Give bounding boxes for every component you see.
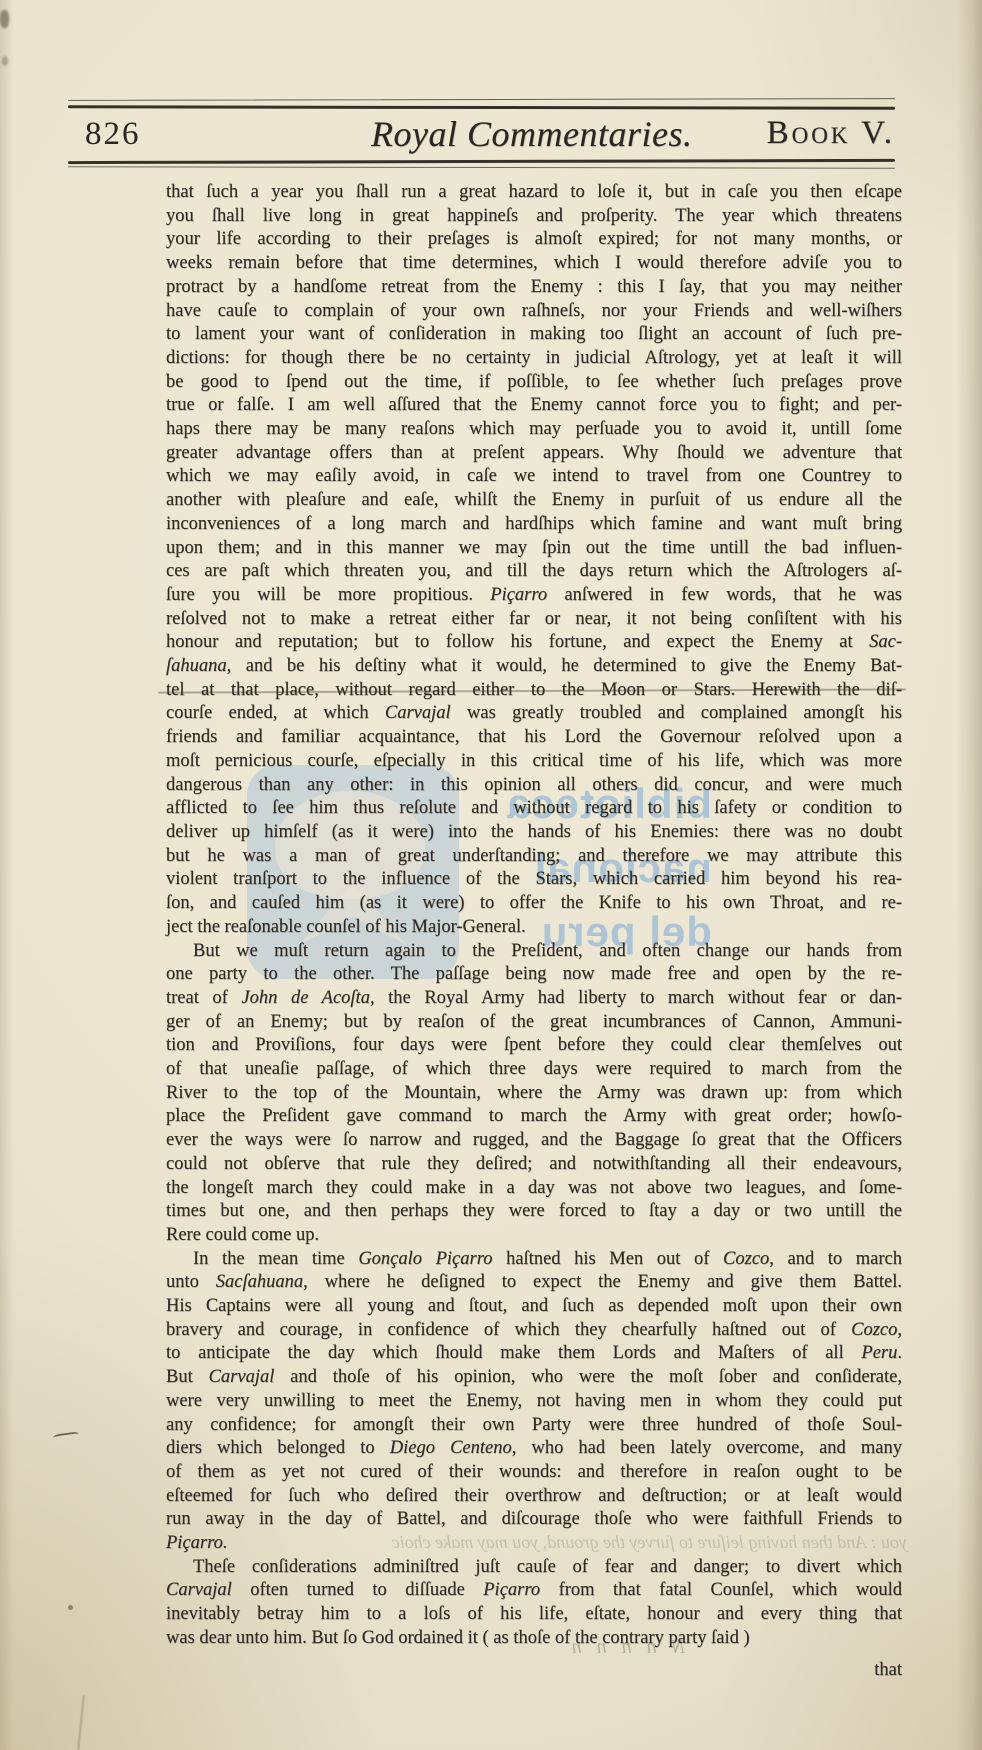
text-line: but he was a man of great underſtanding;… [166, 845, 902, 869]
roman-text: of that uneaſie paſſage, of which three … [166, 1059, 902, 1079]
text-line: could not obſerve that rule they deſired… [166, 1153, 902, 1177]
text-line: of them as yet not cured of their wounds… [166, 1461, 902, 1485]
italic-text: Piçarro [483, 1580, 540, 1600]
header-rule-bottom-thick [68, 159, 895, 164]
roman-text: true or falſe. I am well aſſured that th… [166, 395, 902, 415]
roman-text: ger of an Enemy; but by reaſon of the gr… [166, 1012, 902, 1032]
roman-text: unto [166, 1272, 216, 1292]
italic-text: Carvajal [385, 703, 451, 723]
roman-text: , who had been lately overcome, and many [512, 1438, 902, 1458]
roman-text: often turned to diſſuade [232, 1580, 483, 1600]
text-line: inevitably betray him to a loſs of his l… [166, 1603, 902, 1627]
roman-text: protract by a handſome retreat from the … [166, 277, 902, 297]
roman-text: which we may eaſily avoid, in caſe we in… [166, 466, 902, 486]
text-line: ſure you will be more propitious. Piçarr… [166, 584, 902, 608]
text-line: dictions: for though there be no certain… [166, 347, 902, 371]
roman-text: was dear unto him. But ſo God ordained i… [166, 1628, 750, 1648]
text-line: courſe ended, at which Carvajal was grea… [166, 702, 902, 726]
roman-text: Rere could come up. [166, 1225, 319, 1245]
roman-text: violent tranſport to the influence of th… [166, 869, 902, 889]
roman-text: ces are paſt which threaten you, and til… [166, 561, 902, 581]
text-line: any confidence; for amongſt their own Pa… [166, 1414, 902, 1438]
roman-text: could not obſerve that rule they deſired… [166, 1154, 902, 1174]
roman-text: the longeſt march they could make in a d… [166, 1178, 902, 1198]
roman-text: one party to the other. The paſſage bein… [166, 964, 902, 984]
roman-text: but he was a man of great underſtanding;… [166, 846, 902, 866]
roman-text: But [166, 1367, 209, 1387]
page-number: 826 [85, 116, 141, 153]
italic-text: Piçarro [490, 585, 547, 605]
roman-text: diers which belonged to [166, 1438, 390, 1458]
scan-speck [53, 1431, 80, 1441]
roman-text: inevitably betray him to a loſs of his l… [166, 1604, 902, 1624]
text-line: upon them; and in this manner we may ſpi… [166, 537, 902, 561]
text-line: one party to the other. The paſſage bein… [166, 963, 902, 987]
text-line: But Carvajal and thoſe of his opinion, w… [166, 1366, 902, 1390]
roman-text: , and be his deſtiny what it would, he d… [227, 656, 902, 676]
italic-text: Piçarro. [166, 1533, 228, 1553]
roman-text: ſure you will be more propitious. [166, 585, 490, 605]
text-line: weeks remain before that time determines… [166, 252, 902, 276]
roman-text: dictions: for though there be no certain… [166, 348, 902, 368]
text-line: Theſe conſiderations adminiſtred juſt ca… [166, 1556, 902, 1580]
text-line: ever the ways were ſo narrow and rugged,… [166, 1129, 902, 1153]
scan-speck [2, 56, 8, 66]
roman-text: friends and familiar acquaintance, that … [166, 727, 902, 747]
text-line: true or falſe. I am well aſſured that th… [166, 394, 902, 418]
text-line: times but one, and then perhaps they wer… [166, 1200, 902, 1224]
text-line: which we may eaſily avoid, in caſe we in… [166, 465, 902, 489]
italic-text: Sacſahuana [216, 1272, 303, 1292]
text-line: Rere could come up. [166, 1224, 902, 1248]
roman-text: times but one, and then perhaps they wer… [166, 1201, 902, 1221]
roman-text: of them as yet not cured of their wounds… [166, 1462, 902, 1482]
roman-text: treat of [166, 988, 241, 1008]
roman-text: be good to ſpend out the time, if poſſib… [166, 372, 902, 392]
roman-text: Theſe conſiderations adminiſtred juſt ca… [193, 1557, 902, 1577]
text-line: ces are paſt which threaten you, and til… [166, 560, 902, 584]
text-line: place the Preſident gave command to marc… [166, 1105, 902, 1129]
text-line: His Captains were all young and ſtout, a… [166, 1295, 902, 1319]
roman-text: reſolved not to make a retreat either fa… [166, 609, 902, 629]
roman-text: anſwered in few words, that he was [547, 585, 902, 605]
roman-text: weeks remain before that time determines… [166, 253, 902, 273]
roman-text: ſon, and cauſed him (as it were) to offe… [166, 893, 902, 913]
roman-text: ject the reaſonable counſel of his Major… [166, 917, 526, 937]
paper-crease [77, 1695, 85, 1750]
paragraph: But we muſt return again to the Preſiden… [166, 940, 902, 1248]
book-label: Book V. [767, 115, 895, 152]
text-line: be good to ſpend out the time, if poſſib… [166, 371, 902, 395]
text-line: of that uneaſie paſſage, of which three … [166, 1058, 902, 1082]
roman-text: In the mean time [193, 1249, 358, 1269]
text-block: that ſuch a year you ſhall run a great h… [166, 181, 902, 1682]
text-line: haps there may be many reaſons which may… [166, 418, 902, 442]
text-line: honour and reputation; but to follow his… [166, 631, 902, 655]
italic-text: Peru [861, 1343, 897, 1363]
roman-text: inconveniences of a long march and hardſ… [166, 514, 902, 534]
text-line: to lament your want of conſideration in … [166, 323, 902, 347]
text-line: eſteemed for ſuch who deſired their over… [166, 1485, 902, 1509]
text-line: But we muſt return again to the Preſiden… [166, 940, 902, 964]
roman-text: But we muſt return again to the Preſiden… [193, 941, 902, 961]
roman-text: courſe ended, at which [166, 703, 385, 723]
text-line: ſahuana, and be his deſtiny what it woul… [166, 655, 902, 679]
italic-text: Diego Centeno [390, 1438, 512, 1458]
text-line: was dear unto him. But ſo God ordained i… [166, 1627, 902, 1651]
text-line: bravery and courage, in confidence of wh… [166, 1319, 902, 1343]
roman-text: to anticipate the day which ſhould make … [166, 1343, 861, 1363]
roman-text: was greatly troubled and complained amon… [451, 703, 902, 723]
catchword: that [166, 1659, 902, 1683]
text-line: tion and Proviſions, four days were ſpen… [166, 1034, 902, 1058]
text-line: inconveniences of a long march and hardſ… [166, 513, 902, 537]
roman-text: . [897, 1343, 902, 1363]
text-line: Piçarro. [166, 1532, 902, 1556]
text-line: another with pleaſure and eaſe, whilſt t… [166, 489, 902, 513]
text-line: deliver up himſelf (as it were) into the… [166, 821, 902, 845]
text-line: Carvajal often turned to diſſuade Piçarr… [166, 1579, 902, 1603]
italic-text: Sac- [869, 632, 902, 652]
text-line: friends and familiar acquaintance, that … [166, 726, 902, 750]
roman-text: , the Royal Army had liberty to march wi… [370, 988, 902, 1008]
roman-text: your life according to their preſages is… [166, 229, 902, 249]
book-page-scan: bibliotecanacionaldel peru you : And the… [0, 0, 982, 1750]
scan-speck [68, 1605, 73, 1610]
roman-text: have cauſe to complain of your own raſhn… [166, 301, 902, 321]
scan-speck [0, 10, 9, 28]
roman-text: deliver up himſelf (as it were) into the… [166, 822, 902, 842]
roman-text: that ſuch a year you ſhall run a great h… [166, 182, 902, 202]
paragraph: Theſe conſiderations adminiſtred juſt ca… [166, 1556, 902, 1651]
roman-text: to lament your want of conſideration in … [166, 324, 902, 344]
header-rule-top-thin [68, 98, 895, 101]
roman-text: upon them; and in this manner we may ſpi… [166, 538, 902, 558]
text-line: ſon, and cauſed him (as it were) to offe… [166, 892, 902, 916]
italic-text: Gonçalo Piçarro [358, 1249, 492, 1269]
text-line: you ſhall live long in great happineſs a… [166, 205, 902, 229]
text-line: moſt pernicious courſe, eſpecially in th… [166, 750, 902, 774]
text-line: that ſuch a year you ſhall run a great h… [166, 181, 902, 205]
page-header: 826 Royal Commentaries. Book V. [68, 95, 895, 168]
italic-text: Carvajal [209, 1367, 275, 1387]
roman-text: eſteemed for ſuch who deſired their over… [166, 1486, 902, 1506]
text-line: dangerous than any other: in this opinio… [166, 774, 902, 798]
italic-text: Cozco [851, 1320, 897, 1340]
header-rule-top-thick [68, 105, 895, 109]
header-rule-bottom-thin [68, 166, 895, 169]
text-line: treat of John de Acoſta, the Royal Army … [166, 987, 902, 1011]
roman-text: River to the top of the Mountain, where … [166, 1083, 902, 1103]
roman-text: greater advantage offers than at preſent… [166, 443, 902, 463]
text-line: violent tranſport to the influence of th… [166, 868, 902, 892]
text-line: protract by a handſome retreat from the … [166, 276, 902, 300]
text-line: have cauſe to complain of your own raſhn… [166, 300, 902, 324]
italic-text: Carvajal [166, 1580, 232, 1600]
roman-text: from that fatal Counſel, which would [540, 1580, 902, 1600]
text-line: ger of an Enemy; but by reaſon of the gr… [166, 1011, 902, 1035]
roman-text: , [897, 1320, 902, 1340]
roman-text: ever the ways were ſo narrow and rugged,… [166, 1130, 902, 1150]
roman-text: moſt pernicious courſe, eſpecially in th… [166, 751, 902, 771]
roman-text: haſtned his Men out of [492, 1249, 723, 1269]
roman-text: honour and reputation; but to follow his… [166, 632, 869, 652]
italic-text: ſahuana [166, 656, 227, 676]
roman-text: were very unwilling to meet the Enemy, n… [166, 1391, 902, 1411]
italic-text: Cozco [723, 1249, 769, 1269]
roman-text: you ſhall live long in great happineſs a… [166, 206, 902, 226]
roman-text: tion and Proviſions, four days were ſpen… [166, 1035, 902, 1055]
roman-text: His Captains were all young and ſtout, a… [166, 1296, 902, 1316]
roman-text: another with pleaſure and eaſe, whilſt t… [166, 490, 902, 510]
text-line: River to the top of the Mountain, where … [166, 1082, 902, 1106]
paragraph: In the mean time Gonçalo Piçarro haſtned… [166, 1248, 902, 1556]
text-line: to anticipate the day which ſhould make … [166, 1342, 902, 1366]
roman-text: afflicted to ſee him thus reſolute and w… [166, 798, 902, 818]
text-line: the longeſt march they could make in a d… [166, 1177, 902, 1201]
roman-text: dangerous than any other: in this opinio… [166, 775, 902, 795]
text-line: run away in the day of Battel, and diſco… [166, 1508, 902, 1532]
roman-text: , where he deſigned to expect the Enemy … [303, 1272, 902, 1292]
italic-text: John de Acoſta [241, 988, 370, 1008]
text-line: ject the reaſonable counſel of his Major… [166, 916, 902, 940]
roman-text: haps there may be many reaſons which may… [166, 419, 902, 439]
text-line: In the mean time Gonçalo Piçarro haſtned… [166, 1248, 902, 1272]
text-line: were very unwilling to meet the Enemy, n… [166, 1390, 902, 1414]
roman-text: any confidence; for amongſt their own Pa… [166, 1415, 902, 1435]
running-title: Royal Commentaries. [371, 113, 692, 155]
roman-text: and thoſe of his opinion, who were the m… [274, 1367, 902, 1387]
roman-text: , and to march [769, 1249, 902, 1269]
text-line: unto Sacſahuana, where he deſigned to ex… [166, 1271, 902, 1295]
text-line: afflicted to ſee him thus reſolute and w… [166, 797, 902, 821]
text-line: greater advantage offers than at preſent… [166, 442, 902, 466]
paragraph: that ſuch a year you ſhall run a great h… [166, 181, 902, 940]
roman-text: place the Preſident gave command to marc… [166, 1106, 902, 1126]
text-line: your life according to their preſages is… [166, 228, 902, 252]
roman-text: run away in the day of Battel, and diſco… [166, 1509, 902, 1529]
text-line: reſolved not to make a retreat either fa… [166, 608, 902, 632]
text-line: diers which belonged to Diego Centeno, w… [166, 1437, 902, 1461]
roman-text: bravery and courage, in confidence of wh… [166, 1320, 851, 1340]
